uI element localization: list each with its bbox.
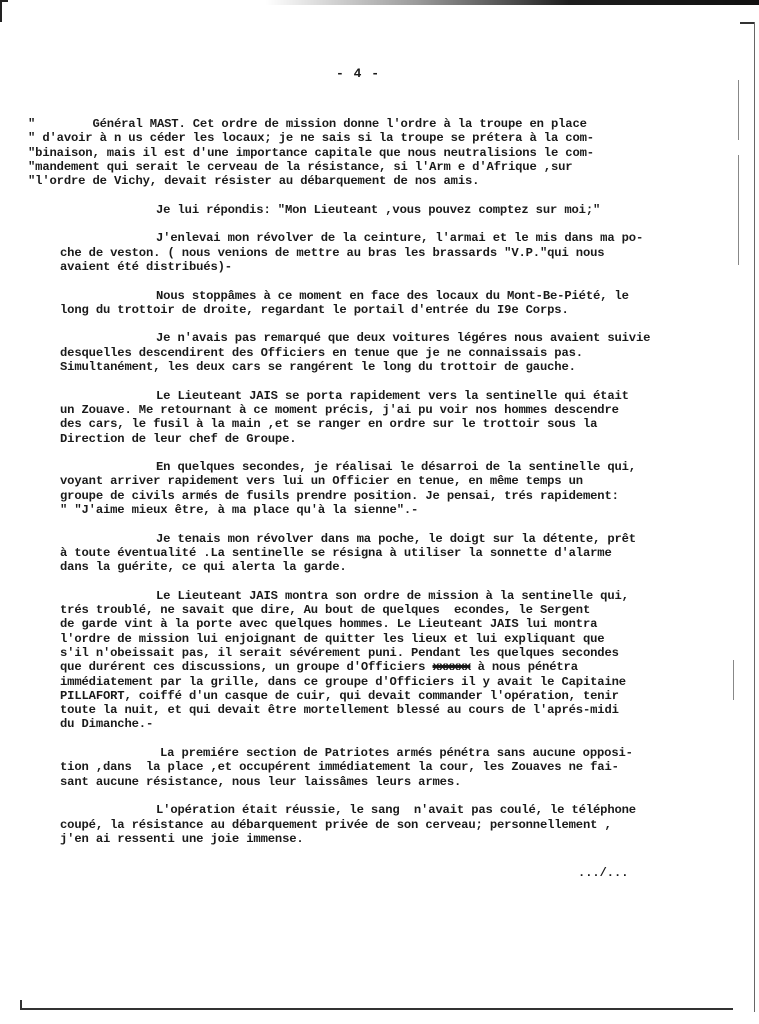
struck-out-word: xxxxxx: [433, 660, 471, 674]
text-line: Je tenais mon révolver dans ma poche, le…: [60, 532, 728, 546]
text-line: trés troublé, ne savait que dire, Au bou…: [60, 603, 728, 617]
text-line: coupé, la résistance au débarquement pri…: [60, 818, 728, 832]
text-line: long du trottoir de droite, regardant le…: [60, 303, 728, 317]
paragraph-stop: Nous stoppâmes à ce moment en face des l…: [28, 289, 728, 318]
text-line: groupe de civils armés de fusils prendre…: [60, 489, 728, 503]
text-line: de garde vint à la porte avec quelques h…: [60, 617, 728, 631]
text-line: Le Lieuteant JAIS montra son ordre de mi…: [60, 589, 728, 603]
text-line: voyant arriver rapidement vers lui un Of…: [60, 474, 728, 488]
text-line: "mandement qui serait le cerveau de la r…: [28, 160, 728, 174]
page-number: - 4 -: [336, 66, 380, 81]
text-line: Simultanément, les deux cars se rangéren…: [60, 360, 728, 374]
text-line: " d'avoir à n us céder les locaux; je ne…: [28, 131, 728, 145]
paragraph-revolver: J'enlevai mon révolver de la ceinture, l…: [28, 231, 728, 274]
scan-top-edge: [0, 0, 759, 5]
bottom-border-tick: [20, 1000, 22, 1010]
paragraph-quote-mast: " Général MAST. Cet ordre de mission don…: [28, 117, 728, 188]
scan-corner-mark: [0, 0, 8, 22]
margin-mark: [738, 80, 739, 140]
text-line: " Général MAST. Cet ordre de mission don…: [28, 117, 728, 131]
paragraph-jais-sentinel: Le Lieuteant JAIS se porta rapidement ve…: [28, 389, 728, 446]
text-line: "binaison, mais il est d'une importance …: [28, 146, 728, 160]
text-line: dans la guérite, ce qui alerta la garde.: [60, 560, 728, 574]
text-line: que durérent ces discussions, un groupe …: [60, 660, 728, 674]
text-line: un Zouave. Me retournant à ce moment pré…: [60, 403, 728, 417]
right-border-top: [740, 22, 754, 24]
text-line: "l'ordre de Vichy, devait résister au dé…: [28, 174, 728, 188]
bottom-border: [20, 1008, 733, 1010]
text-line: Je lui répondis: "Mon Lieuteant ,vous po…: [60, 203, 728, 217]
margin-mark: [733, 660, 734, 700]
text-line: des cars, le fusil à la main ,et se rang…: [60, 417, 728, 431]
text-line: l'ordre de mission lui enjoignant de qui…: [60, 632, 728, 646]
text-line: avaient été distribués)-: [60, 260, 728, 274]
text-line: che de veston. ( nous venions de mettre …: [60, 246, 728, 260]
paragraph-cars: Je n'avais pas remarqué que deux voiture…: [28, 331, 728, 374]
text-line: En quelques secondes, je réalisai le dés…: [60, 460, 728, 474]
text-line: à toute éventualité .La sentinelle se ré…: [60, 546, 728, 560]
text-line: immédiatement par la grille, dans ce gro…: [60, 675, 728, 689]
right-border: [754, 22, 755, 1012]
text-line: Je n'avais pas remarqué que deux voiture…: [60, 331, 728, 345]
text-line: L'opération était réussie, le sang n'ava…: [60, 803, 728, 817]
text-line: Le Lieuteant JAIS se porta rapidement ve…: [60, 389, 728, 403]
text-line: toute la nuit, et qui devait être mortel…: [60, 703, 728, 717]
text-line: desquelles descendirent des Officiers en…: [60, 346, 728, 360]
text-line: PILLAFORT, coiffé d'un casque de cuir, q…: [60, 689, 728, 703]
paragraph-detente: Je tenais mon révolver dans ma poche, le…: [28, 532, 728, 575]
text-line: s'il n'obeissait pas, il serait sévéreme…: [60, 646, 728, 660]
continuation-mark: .../...: [578, 866, 628, 880]
typewritten-letter: " Général MAST. Cet ordre de mission don…: [28, 117, 728, 860]
text-line: j'en ai ressenti une joie immense.: [60, 832, 728, 846]
paragraph-desarroi: En quelques secondes, je réalisai le dés…: [28, 460, 728, 517]
paragraph-ordre-mission: Le Lieuteant JAIS montra son ordre de mi…: [28, 589, 728, 732]
text-line: J'enlevai mon révolver de la ceinture, l…: [60, 231, 728, 245]
text-line: La premiére section de Patriotes armés p…: [60, 746, 728, 760]
text-line: tion ,dans la place ,et occupérent imméd…: [60, 760, 728, 774]
text-line: Direction de leur chef de Groupe.: [60, 432, 728, 446]
paragraph-reussie: L'opération était réussie, le sang n'ava…: [28, 803, 728, 846]
text-line: Nous stoppâmes à ce moment en face des l…: [60, 289, 728, 303]
paragraph-patriotes: La premiére section de Patriotes armés p…: [28, 746, 728, 789]
text-line: sant aucune résistance, nous leur laissâ…: [60, 775, 728, 789]
text-line: " "J'aime mieux être, à ma place qu'à la…: [60, 503, 728, 517]
text-line: du Dimanche.-: [60, 717, 728, 731]
paragraph-reply: Je lui répondis: "Mon Lieuteant ,vous po…: [28, 203, 728, 217]
margin-mark: [738, 155, 739, 265]
